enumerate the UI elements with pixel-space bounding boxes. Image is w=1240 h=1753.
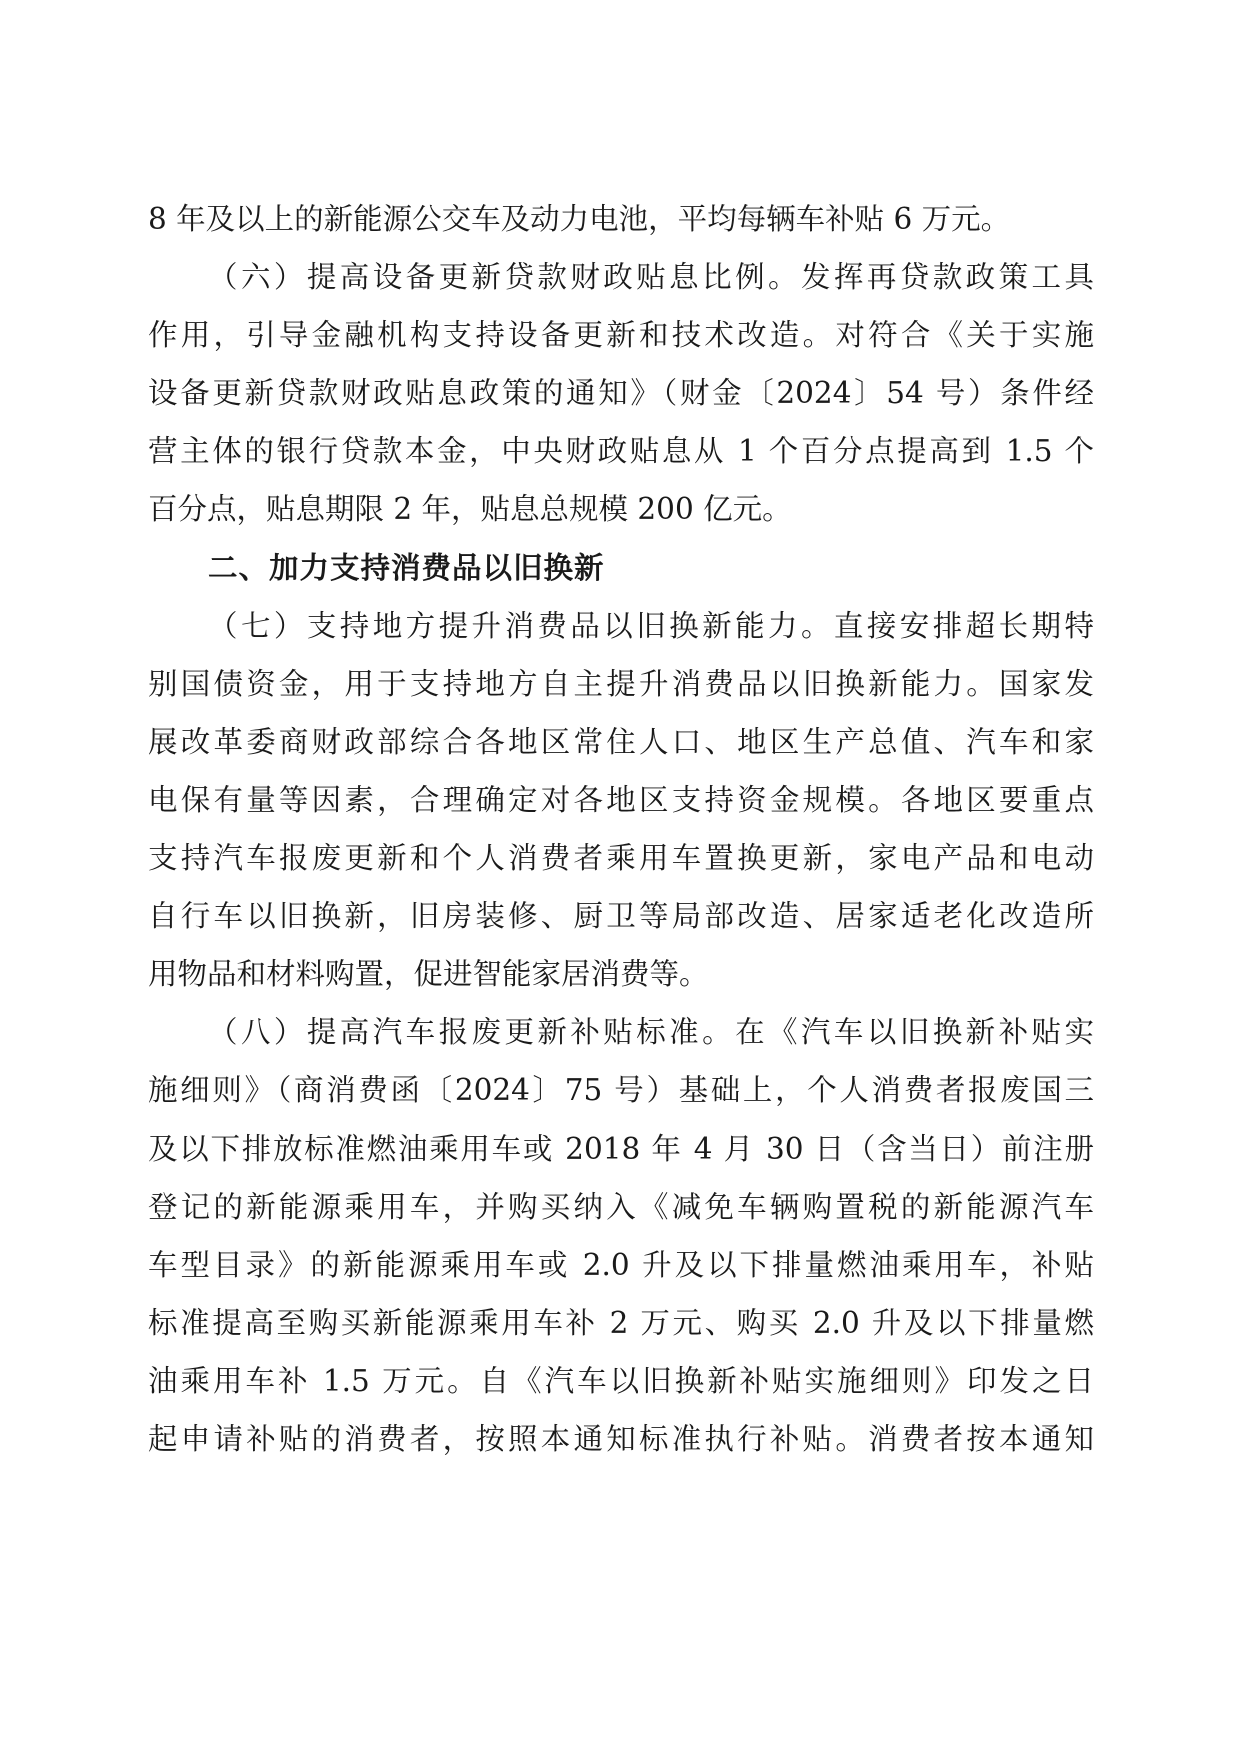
item-8-line-3: 及以下排放标准燃油乘用车或 2018 年 4 月 30 日（含当日）前注册 [148, 1120, 1094, 1178]
item-7-line-1: （七）支持地方提升消费品以旧换新能力。直接安排超长期特 [148, 597, 1094, 655]
item-6-line-4: 营主体的银行贷款本金，中央财政贴息从 1 个百分点提高到 1.5 个 [148, 422, 1094, 480]
section-heading-2: 二、加力支持消费品以旧换新 [148, 539, 1094, 597]
item-8-line-4: 登记的新能源乘用车，并购买纳入《减免车辆购置税的新能源汽车 [148, 1178, 1094, 1236]
item-8-line-8: 起申请补贴的消费者，按照本通知标准执行补贴。消费者按本通知 [148, 1410, 1094, 1468]
item-7-line-7: 用物品和材料购置，促进智能家居消费等。 [148, 945, 1094, 1003]
item-8-line-5: 车型目录》的新能源乘用车或 2.0 升及以下排量燃油乘用车，补贴 [148, 1236, 1094, 1294]
item-7-line-4: 电保有量等因素，合理确定对各地区支持资金规模。各地区要重点 [148, 771, 1094, 829]
item-6-line-1: （六）提高设备更新贷款财政贴息比例。发挥再贷款政策工具 [148, 248, 1094, 306]
item-8-line-2: 施细则》（商消费函〔2024〕75 号）基础上，个人消费者报废国三 [148, 1061, 1094, 1119]
item-8-line-7: 油乘用车补 1.5 万元。自《汽车以旧换新补贴实施细则》印发之日 [148, 1352, 1094, 1410]
item-7-line-3: 展改革委商财政部综合各地区常住人口、地区生产总值、汽车和家 [148, 713, 1094, 771]
document-page: 8 年及以上的新能源公交车及动力电池，平均每辆车补贴 6 万元。 （六）提高设备… [0, 0, 1240, 1753]
item-6-line-2: 作用，引导金融机构支持设备更新和技术改造。对符合《关于实施 [148, 306, 1094, 364]
item-7-line-6: 自行车以旧换新，旧房装修、厨卫等局部改造、居家适老化改造所 [148, 887, 1094, 945]
item-8-line-1: （八）提高汽车报废更新补贴标准。在《汽车以旧换新补贴实 [148, 1003, 1094, 1061]
item-7-line-5: 支持汽车报废更新和个人消费者乘用车置换更新，家电产品和电动 [148, 829, 1094, 887]
item-8-line-6: 标准提高至购买新能源乘用车补 2 万元、购买 2.0 升及以下排量燃 [148, 1294, 1094, 1352]
item-6-line-5: 百分点，贴息期限 2 年，贴息总规模 200 亿元。 [148, 480, 1094, 538]
document-body: 8 年及以上的新能源公交车及动力电池，平均每辆车补贴 6 万元。 （六）提高设备… [148, 190, 1094, 1468]
item-7-line-2: 别国债资金，用于支持地方自主提升消费品以旧换新能力。国家发 [148, 655, 1094, 713]
paragraph-continuation-line-1: 8 年及以上的新能源公交车及动力电池，平均每辆车补贴 6 万元。 [148, 190, 1094, 248]
item-6-line-3: 设备更新贷款财政贴息政策的通知》（财金〔2024〕54 号）条件经 [148, 364, 1094, 422]
